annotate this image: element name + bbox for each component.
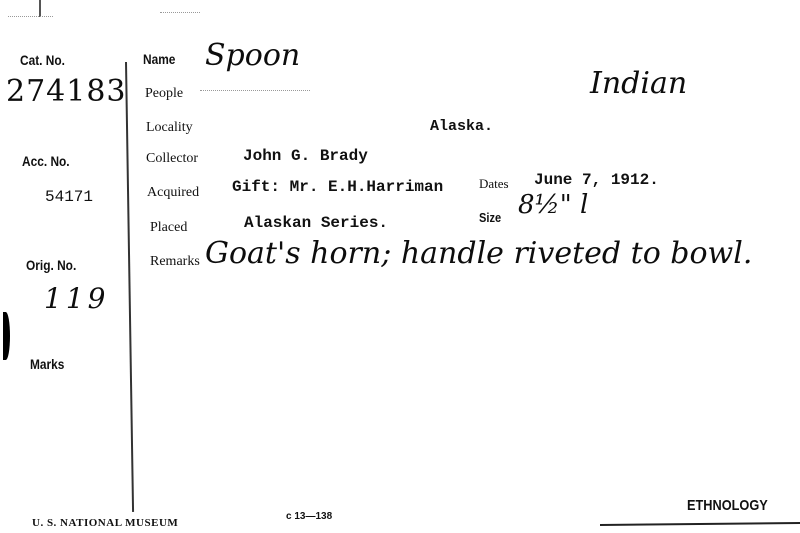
dotted-rule bbox=[160, 12, 200, 14]
institution-name: U. S. NATIONAL MUSEUM bbox=[32, 517, 178, 529]
dates-label: Dates bbox=[479, 176, 509, 192]
remarks-label: Remarks bbox=[150, 254, 200, 270]
acquired-value: Gift: Mr. E.H.Harriman bbox=[232, 178, 443, 196]
orig-no-value: 119 bbox=[44, 282, 109, 315]
acquired-label: Acquired bbox=[147, 185, 199, 201]
name-value: Spoon bbox=[205, 38, 300, 73]
acc-no-value: 54171 bbox=[45, 188, 93, 206]
bottom-rule bbox=[600, 522, 800, 526]
orig-no-label: Orig. No. bbox=[26, 257, 76, 273]
acc-no-label: Acc. No. bbox=[22, 153, 70, 169]
locality-label: Locality bbox=[146, 120, 193, 136]
locality-value: Alaska. bbox=[430, 118, 493, 135]
size-label: Size bbox=[479, 210, 501, 225]
marks-label: Marks bbox=[30, 356, 64, 372]
remarks-value: Goat's horn; handle riveted to bowl. bbox=[205, 236, 752, 271]
dates-value: June 7, 1912. bbox=[534, 171, 659, 189]
department-label: ETHNOLOGY bbox=[687, 497, 768, 514]
edge-mark bbox=[3, 312, 10, 360]
placed-value: Alaskan Series. bbox=[244, 214, 388, 232]
dotted-rule bbox=[8, 16, 53, 18]
cat-no-value: 274183 bbox=[6, 74, 127, 109]
column-divider bbox=[125, 62, 134, 512]
cat-no-label: Cat. No. bbox=[20, 52, 65, 68]
form-number: c 13—138 bbox=[286, 511, 332, 522]
name-underline bbox=[200, 90, 310, 92]
placed-label: Placed bbox=[150, 220, 187, 236]
collector-value: John G. Brady bbox=[243, 147, 368, 165]
name-label: Name bbox=[143, 51, 175, 67]
people-label: People bbox=[145, 86, 183, 102]
people-value: Indian bbox=[590, 66, 687, 101]
collector-label: Collector bbox=[146, 151, 198, 167]
size-value: 8½" l bbox=[518, 190, 588, 220]
top-edge-mark bbox=[39, 0, 41, 17]
